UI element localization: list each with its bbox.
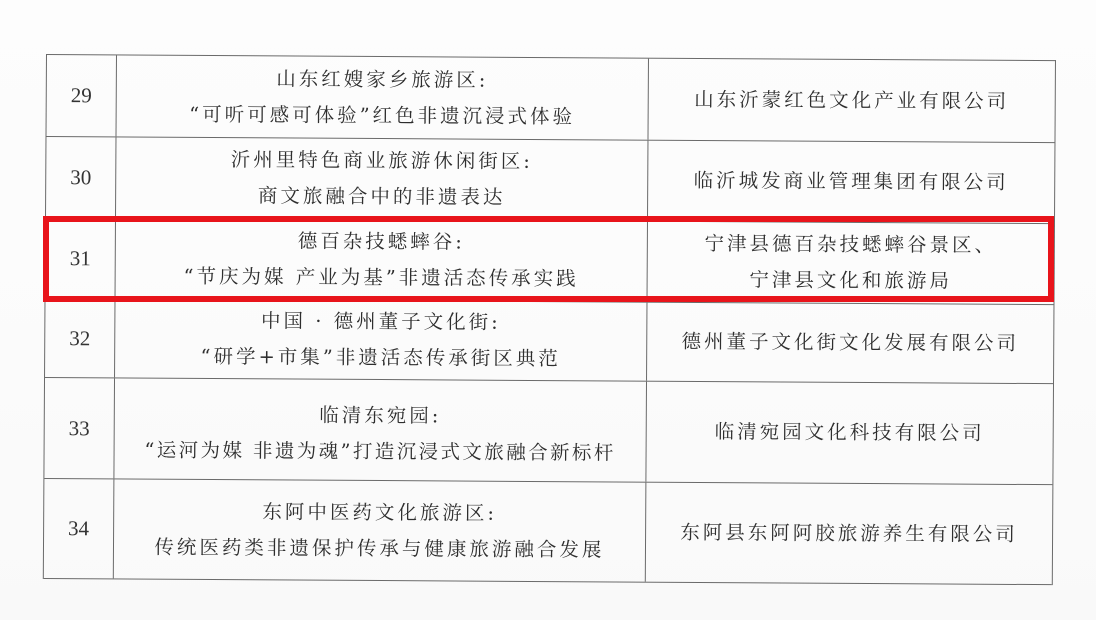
project-subtitle: 商文旅融合中的非遗表达: [258, 178, 506, 216]
row-number-text: 32: [69, 326, 90, 351]
organization-cell: 临沂城发商业管理集团有限公司: [648, 141, 1054, 223]
row-number-text: 33: [69, 416, 90, 441]
project-name-cell: 临清东宛园: “运河为媒 非遗为魂”打造沉浸式文旅融合新标杆: [114, 378, 647, 481]
project-list-table: 29 山东红嫂家乡旅游区: “可听可感可体验”红色非遗沉浸式体验 山东沂蒙红色文…: [43, 54, 1056, 585]
table-row-34: 34 东阿中医药文化旅游区: 传统医药类非遗保护传承与健康旅游融合发展 东阿县东…: [44, 479, 1053, 585]
project-title: 德百杂技蟋蟀谷:: [298, 224, 465, 261]
table-row-32: 32 中国 · 德州董子文化街: “研学+市集”非遗活态传承街区典范 德州董子文…: [45, 299, 1053, 384]
project-title: 山东红嫂家乡旅游区:: [276, 61, 488, 98]
organization-cell: 宁津县德百杂技蟋蟀谷景区、 宁津县文化和旅游局: [647, 222, 1053, 304]
scanned-document-page: 29 山东红嫂家乡旅游区: “可听可感可体验”红色非遗沉浸式体验 山东沂蒙红色文…: [0, 0, 1096, 620]
row-number: 31: [46, 218, 116, 298]
organization-cell: 东阿县东阿阿胶旅游养生有限公司: [646, 483, 1053, 584]
organization-name: 临清宛园文化科技有限公司: [715, 414, 985, 452]
row-number: 29: [46, 55, 116, 136]
project-name-cell: 沂州里特色商业旅游休闲街区: 商文旅融合中的非遗表达: [116, 137, 648, 220]
row-number-text: 31: [70, 246, 91, 271]
organization-cell: 临清宛园文化科技有限公司: [646, 382, 1053, 484]
organization-name-line1: 宁津县德百杂技蟋蟀谷景区、: [704, 226, 997, 264]
organization-name: 德州董子文化街文化发展有限公司: [681, 324, 1019, 362]
row-number: 34: [44, 479, 115, 578]
organization-name-line2: 宁津县文化和旅游局: [749, 262, 952, 299]
organization-cell: 山东沂蒙红色文化产业有限公司: [648, 59, 1054, 142]
row-number-text: 29: [71, 83, 92, 108]
organization-name: 临沂城发商业管理集团有限公司: [694, 163, 1009, 201]
project-title: 临清东宛园:: [319, 398, 441, 435]
organization-name: 山东沂蒙红色文化产业有限公司: [694, 81, 1009, 119]
table-row-33: 33 临清东宛园: “运河为媒 非遗为魂”打造沉浸式文旅融合新标杆 临清宛园文化…: [44, 378, 1053, 485]
row-number: 33: [44, 378, 115, 478]
project-subtitle: “可听可感可体验”红色非遗沉浸式体验: [189, 96, 575, 134]
project-title: 中国 · 德州董子文化街:: [261, 303, 501, 340]
project-subtitle: 传统医药类非遗保护传承与健康旅游融合发展: [154, 529, 604, 568]
project-subtitle: “运河为媒 非遗为魂”打造沉浸式文旅融合新标杆: [144, 433, 616, 472]
project-title: 东阿中医药文化旅游区:: [262, 494, 497, 531]
project-title: 沂州里特色商业旅游休闲街区:: [231, 142, 533, 180]
project-name-cell: 德百杂技蟋蟀谷: “节庆为媒 产业为基”非遗活态传承实践: [116, 218, 648, 301]
organization-name: 东阿县东阿阿胶旅游养生有限公司: [680, 514, 1018, 552]
project-name-cell: 东阿中医药文化旅游区: 传统医药类非遗保护传承与健康旅游融合发展: [114, 479, 647, 581]
project-name-cell: 山东红嫂家乡旅游区: “可听可感可体验”红色非遗沉浸式体验: [116, 55, 648, 139]
project-name-cell: 中国 · 德州董子文化街: “研学+市集”非遗活态传承街区典范: [115, 299, 647, 380]
row-number-text: 34: [68, 516, 89, 541]
table-row-29: 29 山东红嫂家乡旅游区: “可听可感可体验”红色非遗沉浸式体验 山东沂蒙红色文…: [46, 55, 1054, 143]
table-row-30: 30 沂州里特色商业旅游休闲街区: 商文旅融合中的非遗表达 临沂城发商业管理集团…: [46, 137, 1054, 224]
organization-cell: 德州董子文化街文化发展有限公司: [647, 303, 1053, 383]
row-number: 30: [46, 137, 116, 217]
row-number-text: 30: [70, 165, 91, 190]
row-number: 32: [45, 299, 115, 377]
project-subtitle: “节庆为媒 产业为基”非遗活态传承实践: [183, 259, 578, 297]
project-subtitle: “研学+市集”非遗活态传承街区典范: [200, 339, 560, 377]
table-row-31: 31 德百杂技蟋蟀谷: “节庆为媒 产业为基”非遗活态传承实践 宁津县德百杂技蟋…: [46, 218, 1054, 305]
